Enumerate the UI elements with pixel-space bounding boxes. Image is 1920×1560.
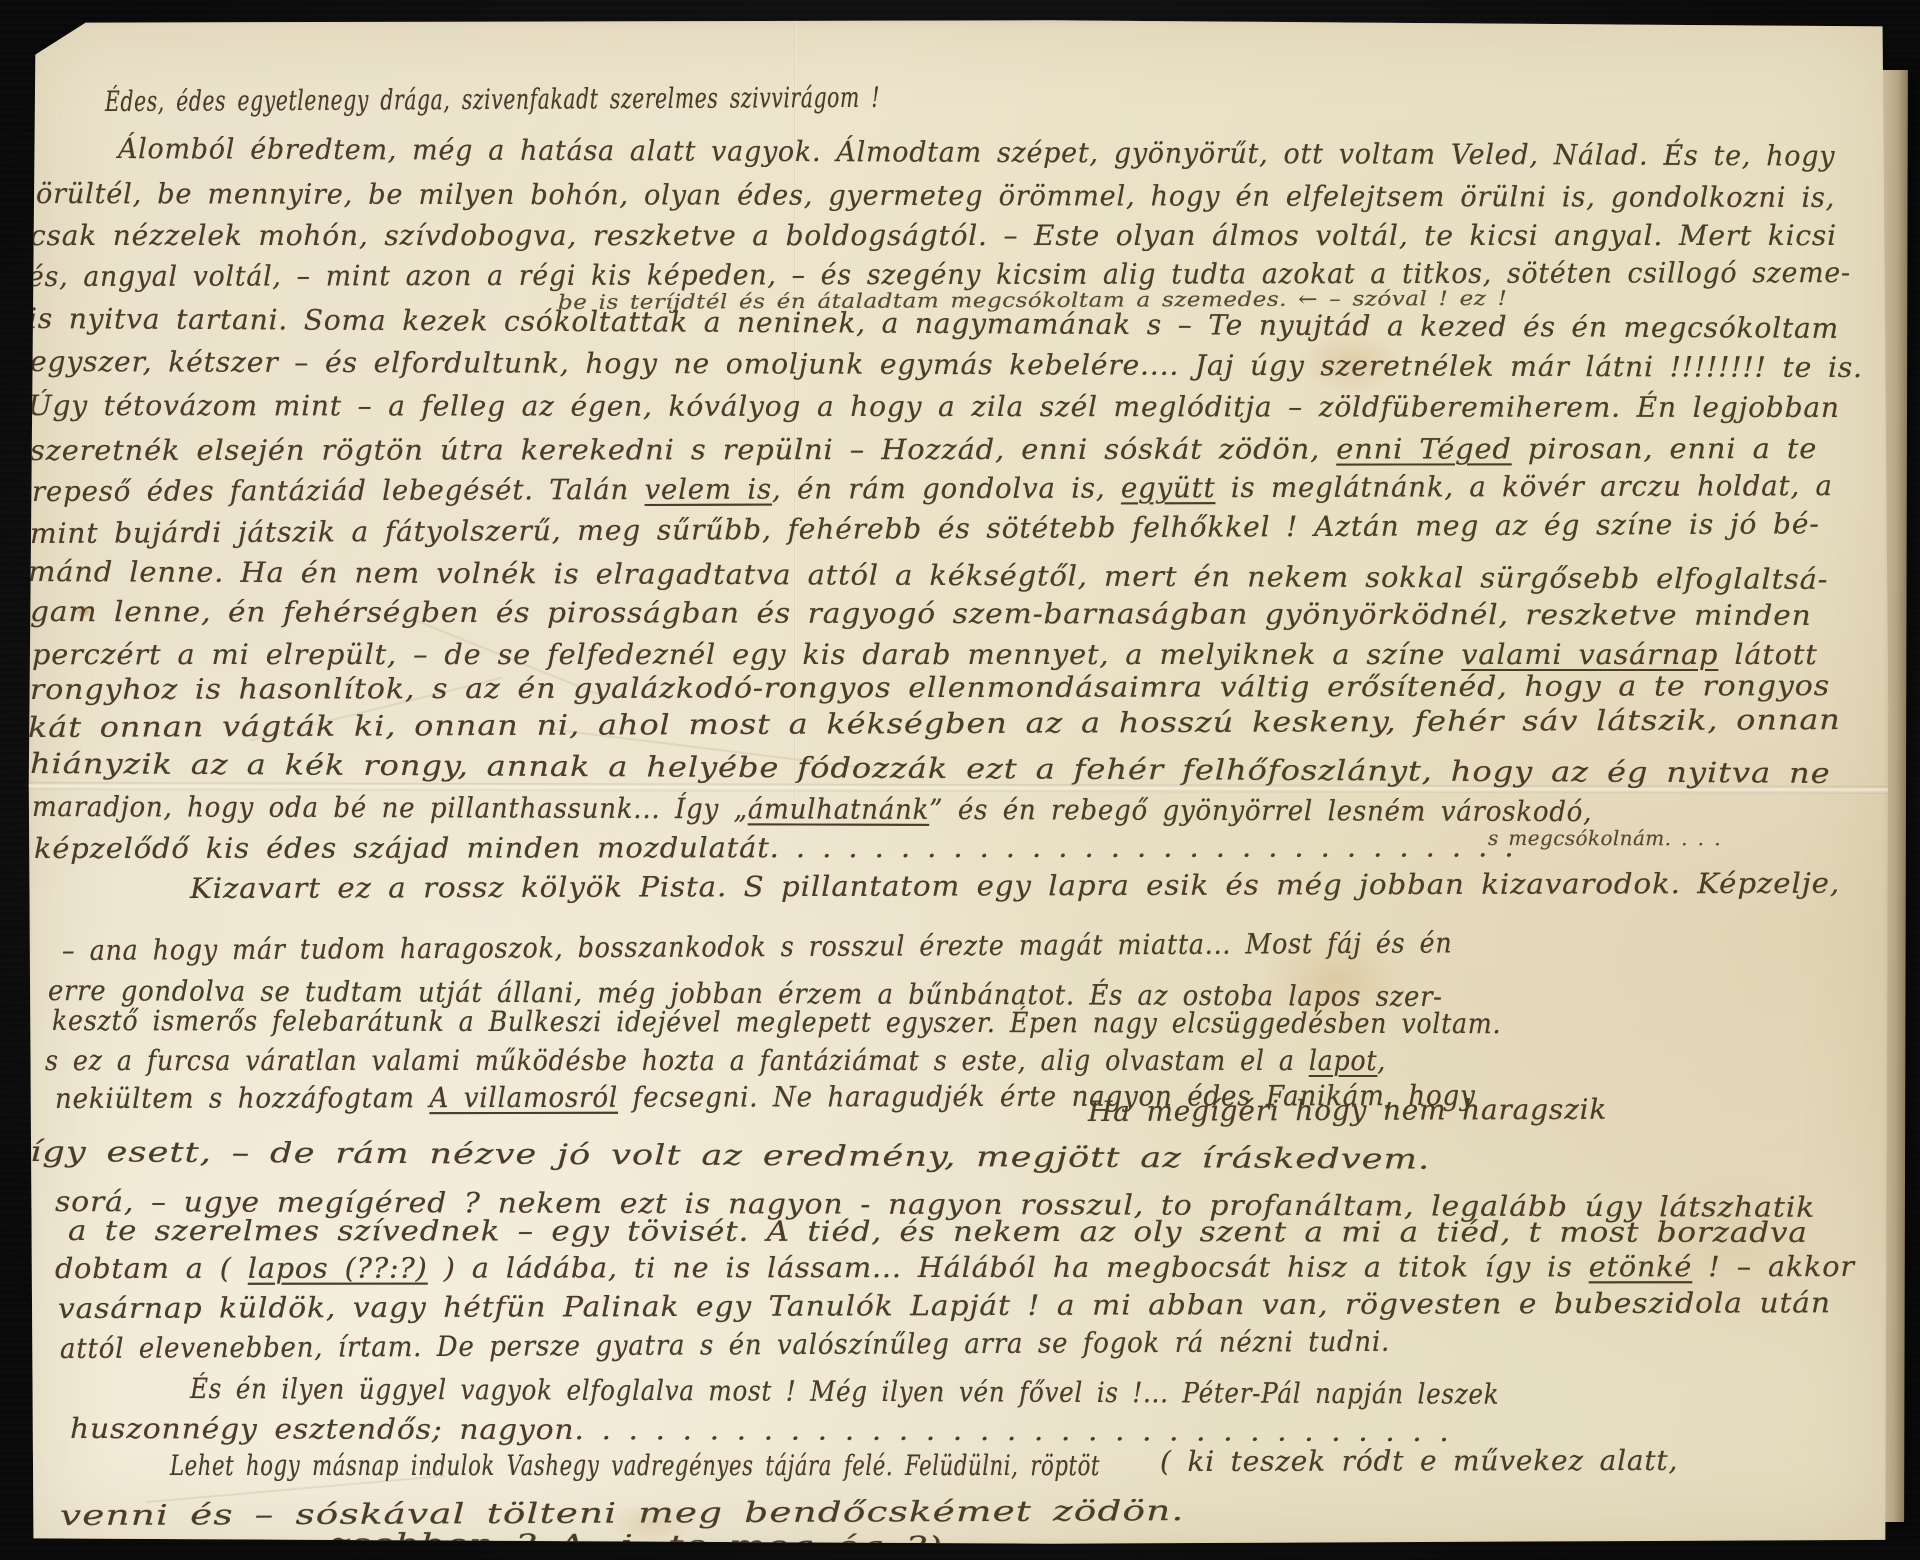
handwritten-line: mánd lenne. Ha én nem volnék is elragadt… <box>28 558 1828 594</box>
handwritten-line: a te szerelmes szívednek – egy tövisét. … <box>68 1217 1808 1247</box>
handwritten-line: így esett, – de rám nézve jó volt az ere… <box>30 1138 1430 1174</box>
handwritten-line: attól elevenebben, írtam. De persze gyat… <box>60 1328 1390 1363</box>
handwritten-line: szeretnék elsején rögtön útra kerekedni … <box>30 435 1817 465</box>
handwritten-line: dobtam a ( lapos (??:?) ) a ládába, ti n… <box>55 1253 1855 1283</box>
handwritten-line: kát onnan vágták ki, onnan ni, ahol most… <box>28 706 1841 742</box>
photo-background: Édes, édes egyetlenegy drága, szivenfaka… <box>0 0 1920 1560</box>
handwritten-line: repeső édes fantáziád lebegését. Talán v… <box>32 472 1833 506</box>
handwritten-line: csak nézzelek mohón, szívdobogva, reszke… <box>30 222 1837 250</box>
handwritten-line: rongyhoz is hasonlítok, s az én gyalázko… <box>30 672 1830 704</box>
handwritten-line: maradjon, hogy oda bé ne pillanthassunk.… <box>32 793 1592 826</box>
handwritten-line: hiányzik az a kék rongy, annak a helyébe… <box>30 750 1831 788</box>
handwritten-line: s ez a furcsa váratlan valami működésbe … <box>45 1047 1386 1075</box>
handwritten-line: örültél, be mennyire, be milyen bohón, o… <box>36 180 1835 212</box>
handwritten-line: Ha megígéri hogy nem haragszik <box>1088 1096 1607 1126</box>
handwritten-line: Álomból ébredtem, még a hatása alatt vag… <box>118 135 1835 170</box>
handwritten-line: kesztő ismerős felebarátunk a Bulkeszi i… <box>52 1007 1501 1038</box>
handwritten-line: vasárnap küldök, vagy hétfün Palinak egy… <box>58 1289 1831 1323</box>
letter-body: Édes, édes egyetlenegy drága, szivenfaka… <box>26 18 1890 1546</box>
handwritten-line: mint bujárdi játszik a fátyolszerű, meg … <box>30 510 1820 548</box>
handwritten-line: is nyitva tartani. Soma kezek csókoltatt… <box>28 305 1839 343</box>
handwritten-line: perczért a mi elrepült, – de se felfedez… <box>32 641 1818 669</box>
handwritten-line: ( ki teszek ródt e művekez alatt, <box>1160 1447 1678 1476</box>
handwritten-line: Lehet hogy másnap indulok Vashegy vadreg… <box>170 1452 1100 1480</box>
handwritten-line: és, angyal voltál, – mint azon a régi ki… <box>28 259 1851 291</box>
handwritten-line: zsebben ? A. i. te meg ég ?) <box>330 1530 943 1546</box>
handwritten-line: És én ilyen üggyel vagyok elfoglalva mos… <box>190 1375 1499 1409</box>
handwritten-line: képzelődő kis édes szájad minden mozdula… <box>34 833 1514 863</box>
handwritten-line: venni és – sóskával tölteni meg bendőcsk… <box>60 1497 1184 1530</box>
letter-paper: Édes, édes egyetlenegy drága, szivenfaka… <box>26 18 1890 1546</box>
handwritten-line: Úgy tétovázom mint – a felleg az égen, k… <box>28 392 1840 422</box>
handwritten-line: gam lenne, én fehérségben és pirosságban… <box>30 598 1812 630</box>
handwritten-line: huszonnégy esztendős; nagyon. . . . . . … <box>70 1415 1450 1446</box>
handwritten-line: Kizavart ez a rossz kölyök Pista. S pill… <box>190 870 1840 903</box>
handwritten-line: egyszer, kétszer – és elfordultunk, hogy… <box>30 348 1863 382</box>
handwritten-line: – ana hogy már tudom haragoszok, bosszan… <box>62 929 1453 965</box>
handwritten-line: Édes, édes egyetlenegy drága, szivenfaka… <box>105 84 880 116</box>
interline-note: s megcsókolnám. . . . <box>1488 828 1721 848</box>
